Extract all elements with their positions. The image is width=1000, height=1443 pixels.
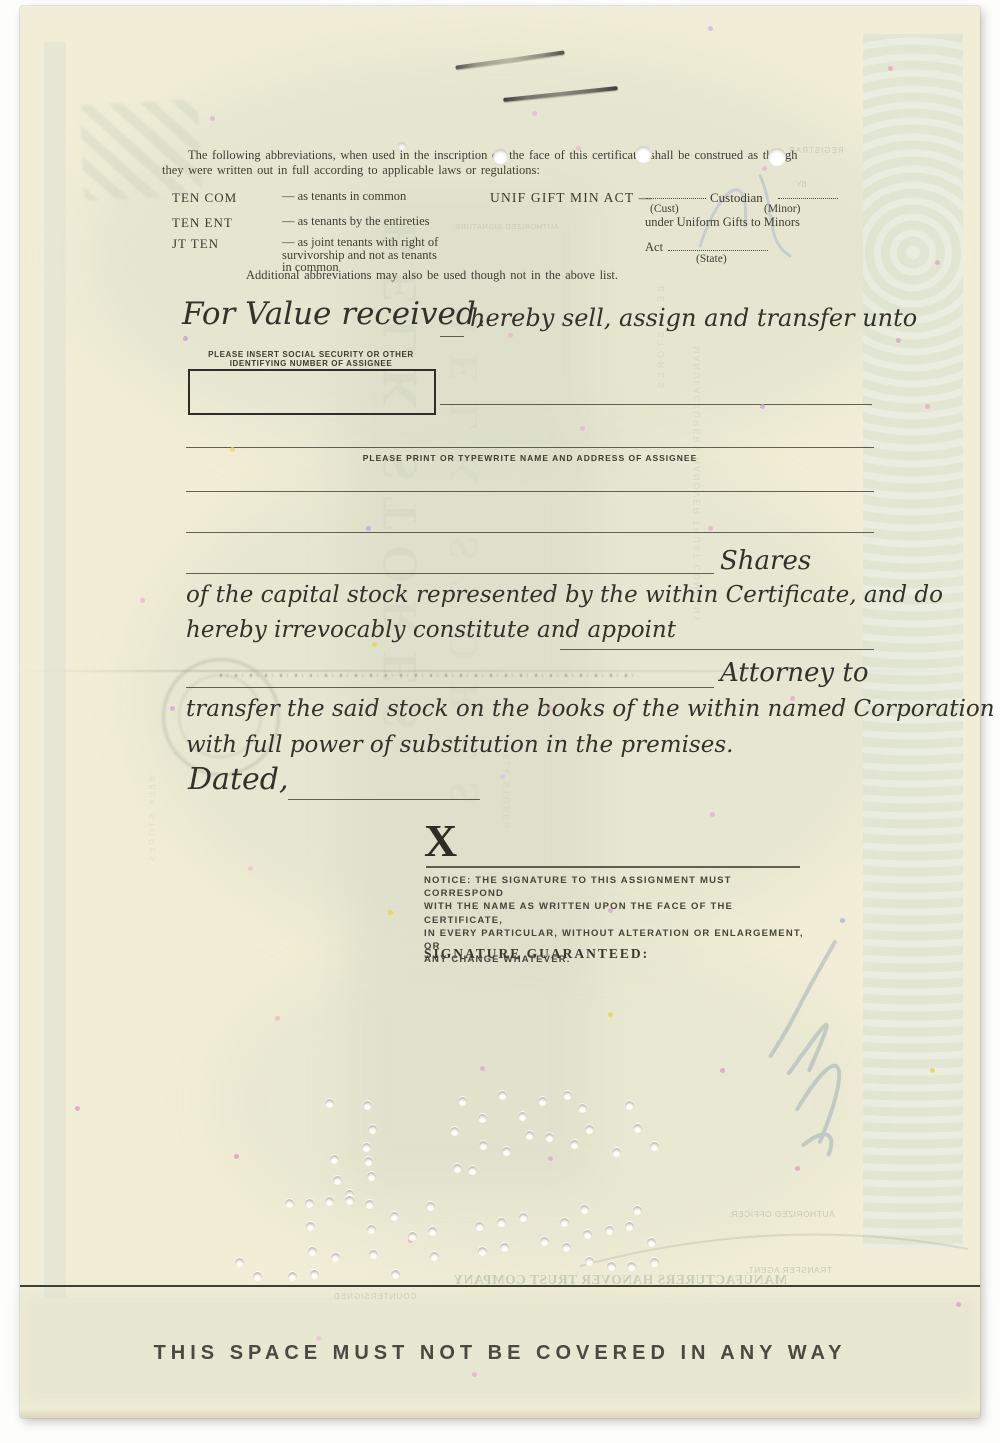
punch-hole — [331, 1253, 340, 1262]
unif-act-label: Act — [645, 240, 663, 255]
punch-hole — [330, 1155, 339, 1164]
confetti-dot — [790, 696, 795, 701]
punch-hole — [545, 1133, 554, 1142]
punch-hole — [585, 1125, 594, 1134]
punch-hole — [583, 1230, 592, 1239]
confetti-dot — [710, 812, 715, 817]
dated-line — [288, 775, 480, 800]
unif-state-label: (State) — [696, 253, 727, 265]
punch-hole — [305, 1199, 314, 1208]
punch-hole — [367, 1172, 376, 1181]
transfer-line2: with full power of substitution in the p… — [186, 732, 733, 758]
punch-hole — [453, 1164, 462, 1173]
punch-hole — [625, 1101, 634, 1110]
confetti-dot — [472, 1372, 477, 1377]
shares-text: Shares — [720, 546, 811, 576]
punch-hole-large — [635, 146, 652, 163]
punch-hole — [540, 1237, 549, 1246]
abbr-jt-ten: JT TEN — [172, 236, 219, 252]
certificate-paper: BELK STORES BELK STORES BELK STORES MANU… — [20, 6, 980, 1418]
punch-hole — [475, 1222, 484, 1231]
confetti-dot — [708, 526, 713, 531]
punch-hole — [479, 1141, 488, 1150]
punch-hole — [578, 1104, 587, 1113]
attorney-line — [186, 663, 714, 688]
confetti-dot — [508, 333, 513, 338]
confetti-dot — [608, 908, 613, 913]
bottom-rule — [20, 1285, 980, 1287]
confetti-dot — [372, 642, 377, 647]
unif-cust-label: (Cust) — [650, 203, 679, 215]
footer-instruction: THIS SPACE MUST NOT BE COVERED IN ANY WA… — [20, 1342, 980, 1365]
punch-hole — [647, 1238, 656, 1247]
punch-hole — [627, 1262, 636, 1271]
confetti-dot — [183, 336, 188, 341]
abbr-ten-com-def: — as tenants in common — [282, 190, 406, 203]
abbreviations-footnote: Additional abbreviations may also be use… — [246, 268, 618, 283]
punch-hole — [408, 1232, 417, 1241]
confetti-dot — [500, 774, 505, 779]
punch-hole — [607, 1262, 616, 1271]
confetti-dot — [234, 1154, 239, 1159]
notice-line-2: WITH THE NAME AS WRITTEN UPON THE FACE O… — [424, 900, 814, 926]
confetti-dot — [388, 910, 393, 915]
confetti-dot — [608, 1012, 613, 1017]
scan-background: BELK STORES BELK STORES BELK STORES MANU… — [0, 0, 1000, 1443]
paper-edge-shadow — [20, 1408, 980, 1418]
confetti-dot — [935, 260, 940, 265]
attorney-to-text: Attorney to — [720, 658, 868, 688]
punch-hole — [538, 1097, 547, 1106]
unif-custodian-leader-left — [646, 188, 706, 199]
ssn-label-line1: PLEASE INSERT SOCIAL SECURITY OR OTHER — [188, 350, 434, 359]
confetti-dot — [888, 66, 893, 71]
punch-hole — [478, 1247, 487, 1256]
unif-under-label: under Uniform Gifts to Minors — [645, 215, 800, 230]
punch-hole — [428, 1227, 437, 1236]
punch-hole — [430, 1252, 439, 1261]
capital-stock-line1: of the capital stock represented by the … — [186, 582, 943, 608]
unif-minor-label: (Minor) — [764, 203, 800, 215]
punch-hole — [562, 1243, 571, 1252]
punch-hole-large — [768, 148, 786, 166]
punch-hole — [362, 1143, 371, 1152]
assignee-line-4 — [186, 508, 874, 533]
confetti-dot — [366, 526, 371, 531]
punch-hole — [253, 1272, 262, 1281]
confetti-dot — [840, 918, 845, 923]
confetti-dot — [956, 1302, 961, 1307]
ghost-authorized-signature-label: AUTHORIZED SIGNATURE. — [452, 222, 559, 231]
punch-hole — [325, 1197, 334, 1206]
punch-hole — [525, 1131, 534, 1140]
punch-hole — [458, 1097, 467, 1106]
punch-hole — [605, 1226, 614, 1235]
assignee-line-1 — [440, 380, 872, 405]
confetti-dot — [532, 111, 537, 116]
confetti-dot — [795, 1166, 800, 1171]
confetti-dot — [75, 1106, 80, 1111]
punch-hole — [391, 1270, 400, 1279]
notice-line-1: NOTICE: THE SIGNATURE TO THIS ASSIGNMENT… — [424, 874, 814, 900]
transfer-line1: transfer the said stock on the books of … — [186, 696, 995, 722]
confetti-dot — [720, 1068, 725, 1073]
punch-hole — [368, 1125, 377, 1134]
unif-custodian-leader-right — [778, 188, 838, 199]
punch-hole — [365, 1200, 374, 1209]
punch-hole — [570, 1140, 579, 1149]
ghost-countersigned-label: COUNTERSIGNED — [333, 1292, 416, 1301]
shares-line — [186, 549, 714, 574]
punch-hole — [345, 1196, 354, 1205]
confetti-dot — [230, 447, 235, 452]
confetti-dot — [480, 1066, 485, 1071]
punch-hole — [497, 1218, 506, 1227]
punch-hole — [518, 1112, 527, 1121]
signature-guaranteed-label: SIGNATURE GUARANTEED: — [424, 946, 649, 962]
punch-hole — [364, 1157, 373, 1166]
punch-hole — [625, 1222, 634, 1231]
confetti-dot — [210, 116, 215, 121]
punch-hole-large — [398, 142, 406, 150]
x-signature-line — [426, 842, 800, 868]
punch-hole — [235, 1258, 244, 1267]
ghost-ornament-arc — [580, 1221, 970, 1281]
confetti-dot — [316, 1336, 321, 1341]
punch-hole — [468, 1166, 477, 1175]
abbr-ten-ent-def: — as tenants by the entireties — [282, 215, 430, 228]
abbr-ten-com: TEN COM — [172, 190, 237, 206]
punch-hole — [650, 1142, 659, 1151]
ssn-box — [188, 369, 436, 415]
confetti-dot — [762, 166, 767, 171]
confetti-dot — [576, 146, 581, 151]
unif-custodian-label: Custodian — [710, 190, 763, 206]
unif-act-leader — [668, 240, 768, 251]
assignee-line-3 — [186, 467, 874, 492]
punch-hole — [367, 1225, 376, 1234]
ghost-microtext-strip-3: BELK STORES — [148, 776, 157, 1036]
confetti-dot — [925, 404, 930, 409]
confetti-dot — [548, 1156, 553, 1161]
punch-hole — [580, 1205, 589, 1214]
punch-hole — [498, 1091, 507, 1100]
confetti-dot — [275, 1016, 280, 1021]
punch-hole — [500, 1243, 509, 1252]
confetti-dot — [140, 598, 145, 603]
abbr-ten-ent: TEN ENT — [172, 215, 233, 231]
punch-hole — [333, 1176, 342, 1185]
punch-hole — [308, 1247, 317, 1256]
punch-hole — [585, 1257, 594, 1266]
hereby-sell-text: hereby sell, assign and transfer unto — [470, 304, 917, 332]
confetti-dot — [930, 1068, 935, 1073]
confetti-dot — [760, 404, 765, 409]
punch-hole — [450, 1127, 459, 1136]
punch-hole — [633, 1206, 642, 1215]
punch-hole — [633, 1124, 642, 1133]
punch-hole — [288, 1272, 297, 1281]
confetti-dot — [896, 338, 901, 343]
punch-hole — [502, 1147, 511, 1156]
punch-hole — [306, 1222, 315, 1231]
for-value-gap-line — [440, 312, 464, 337]
punch-hole — [519, 1213, 528, 1222]
punch-hole — [563, 1091, 572, 1100]
punch-hole — [310, 1270, 319, 1279]
ghost-authorized-officer-label: AUTHORIZED OFFICER. — [728, 1209, 835, 1219]
punch-hole — [369, 1250, 378, 1259]
punch-hole — [560, 1218, 569, 1227]
punch-hole — [285, 1199, 294, 1208]
confetti-dot — [580, 426, 585, 431]
assignee-line-2 — [186, 423, 874, 448]
appoint-line — [560, 625, 874, 650]
punch-hole — [650, 1258, 659, 1267]
unif-gift-label: UNIF GIFT MIN ACT — — [490, 190, 653, 206]
punch-hole — [612, 1148, 621, 1157]
confetti-dot — [248, 866, 253, 871]
confetti-dot — [708, 26, 713, 31]
punch-hole-large — [493, 149, 508, 164]
ssn-label-line2: IDENTIFYING NUMBER OF ASSIGNEE — [188, 359, 434, 368]
punch-hole — [325, 1099, 334, 1108]
punch-hole — [390, 1212, 399, 1221]
punch-hole — [426, 1202, 435, 1211]
punch-hole — [363, 1101, 372, 1110]
confetti-dot — [548, 706, 553, 711]
print-caption: PLEASE PRINT OR TYPEWRITE NAME AND ADDRE… — [186, 453, 874, 463]
dated-text: Dated, — [188, 762, 289, 797]
punch-hole — [478, 1114, 487, 1123]
confetti-dot — [170, 706, 175, 711]
